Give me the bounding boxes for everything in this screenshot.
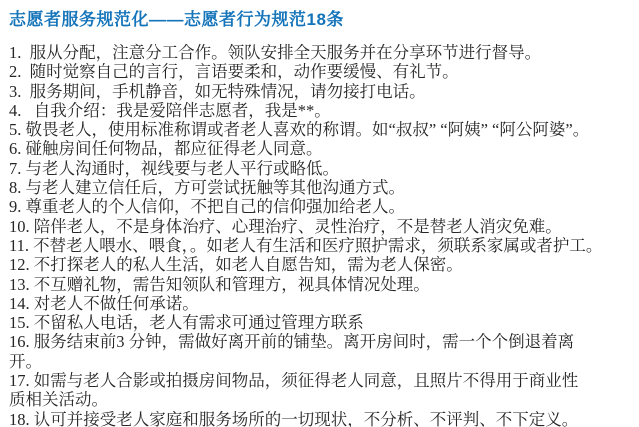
rule-item-3: 3. 服务期间，手机静音，如无特殊情况，请勿接打电话。 <box>9 82 634 101</box>
rule-item-5: 5. 敬畏老人，使用标准称谓或者老人喜欢的称谓。如“叔叔” “阿姨” “阿公阿婆… <box>9 120 634 139</box>
rule-item-8: 8. 与老人建立信任后，方可尝试抚触等其他沟通方式。 <box>9 178 634 197</box>
rule-item-12: 12. 不打探老人的私人生活，如老人自愿告知，需为老人保密。 <box>9 255 634 274</box>
rules-list: 1. 服从分配，注意分工合作。领队安排全天服务并在分享环节进行督导。 2. 随时… <box>9 43 634 427</box>
rule-item-18: 18. 认可并接受老人家庭和服务场所的一切现状，不分析、不评判、不下定义。 <box>9 410 634 427</box>
rule-item-4: 4. 自我介绍：我是爱陪伴志愿者，我是**。 <box>9 101 634 120</box>
document-page: 志愿者服务规范化——志愿者行为规范18条 1. 服从分配，注意分工合作。领队安排… <box>0 0 639 427</box>
rule-item-14: 14. 对老人不做任何承诺。 <box>9 294 634 313</box>
rule-item-15: 15. 不留私人电话，老人有需求可通过管理方联系 <box>9 313 634 332</box>
page-title: 志愿者服务规范化——志愿者行为规范18条 <box>9 10 634 30</box>
rule-item-1: 1. 服从分配，注意分工合作。领队安排全天服务并在分享环节进行督导。 <box>9 43 634 62</box>
rule-item-2: 2. 随时觉察自己的言行，言语要柔和，动作要缓慢、有礼节。 <box>9 62 634 81</box>
rule-item-9: 9. 尊重老人的个人信仰，不把自己的信仰强加给老人。 <box>9 197 634 216</box>
rule-item-13: 13. 不互赠礼物，需告知领队和管理方，视具体情况处理。 <box>9 275 634 294</box>
rule-item-6: 6. 碰触房间任何物品，都应征得老人同意。 <box>9 139 634 158</box>
rule-item-17: 17. 如需与老人合影或拍摄房间物品，须征得老人同意，且照片不得用于商业性 质相… <box>9 371 634 410</box>
rule-item-7: 7. 与老人沟通时，视线要与老人平行或略低。 <box>9 159 634 178</box>
rule-item-16: 16. 服务结束前3 分钟，需做好离开前的铺垫。离开房间时，需一个个倒退着离 开… <box>9 332 634 371</box>
rule-item-10: 10. 陪伴老人，不是身体治疗、心理治疗、灵性治疗，不是替老人消灾免难。 <box>9 217 634 236</box>
rule-item-11: 11. 不替老人喂水、喂食，。如老人有生活和医疗照护需求，须联系家属或者护工。 <box>9 236 634 255</box>
